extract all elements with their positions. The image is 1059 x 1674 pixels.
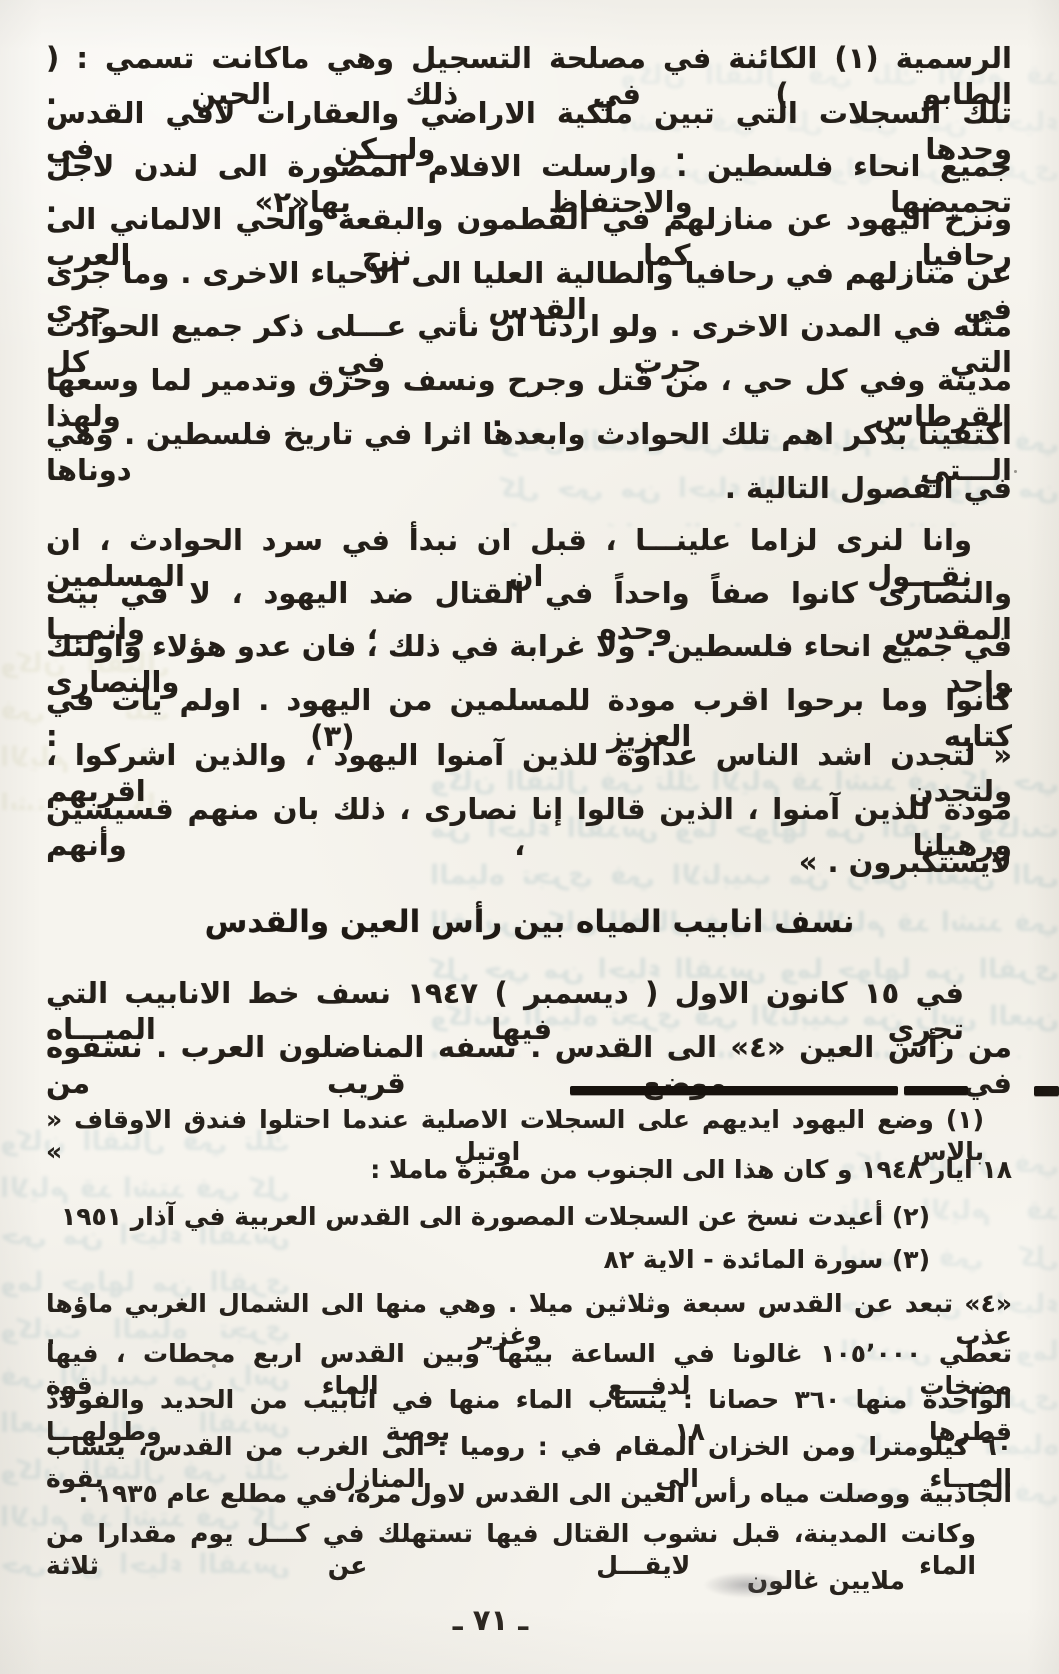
footnote-2: (٢) أعيدت نسخ عن السجلات المصورة الى الق… [46,1201,930,1233]
footnote-4-line-5: الجاذبية ووصلت مياه رأس العين الى القدس … [46,1478,1012,1510]
footnote-separator [570,1086,898,1095]
body-line-9: في الفصول التالية . [46,470,1012,506]
quote-line-3: لايستكبرون . » [46,844,1012,880]
page-number: ـ ٧١ ـ [0,1603,981,1637]
scanned-book-page: وكان القتال في تلك الايام قد اشتد في كل … [0,0,1059,1674]
section-heading: نسف انابيب المياه بين رأس العين والقدس [0,902,1059,942]
paper-speck [1014,470,1017,473]
footnote-3: (٣) سورة المائدة - الاية ٨٢ [46,1244,930,1276]
footnote-separator [904,1086,968,1095]
footnote-1-line-2: ١٨ ايار ١٩٤٨ و كان هذا الى الجنوب من مقب… [46,1154,1012,1186]
paper-speck [212,1364,216,1368]
footnote-separator-edge-mark [1034,1086,1059,1096]
ink-smudge [703,1572,791,1598]
